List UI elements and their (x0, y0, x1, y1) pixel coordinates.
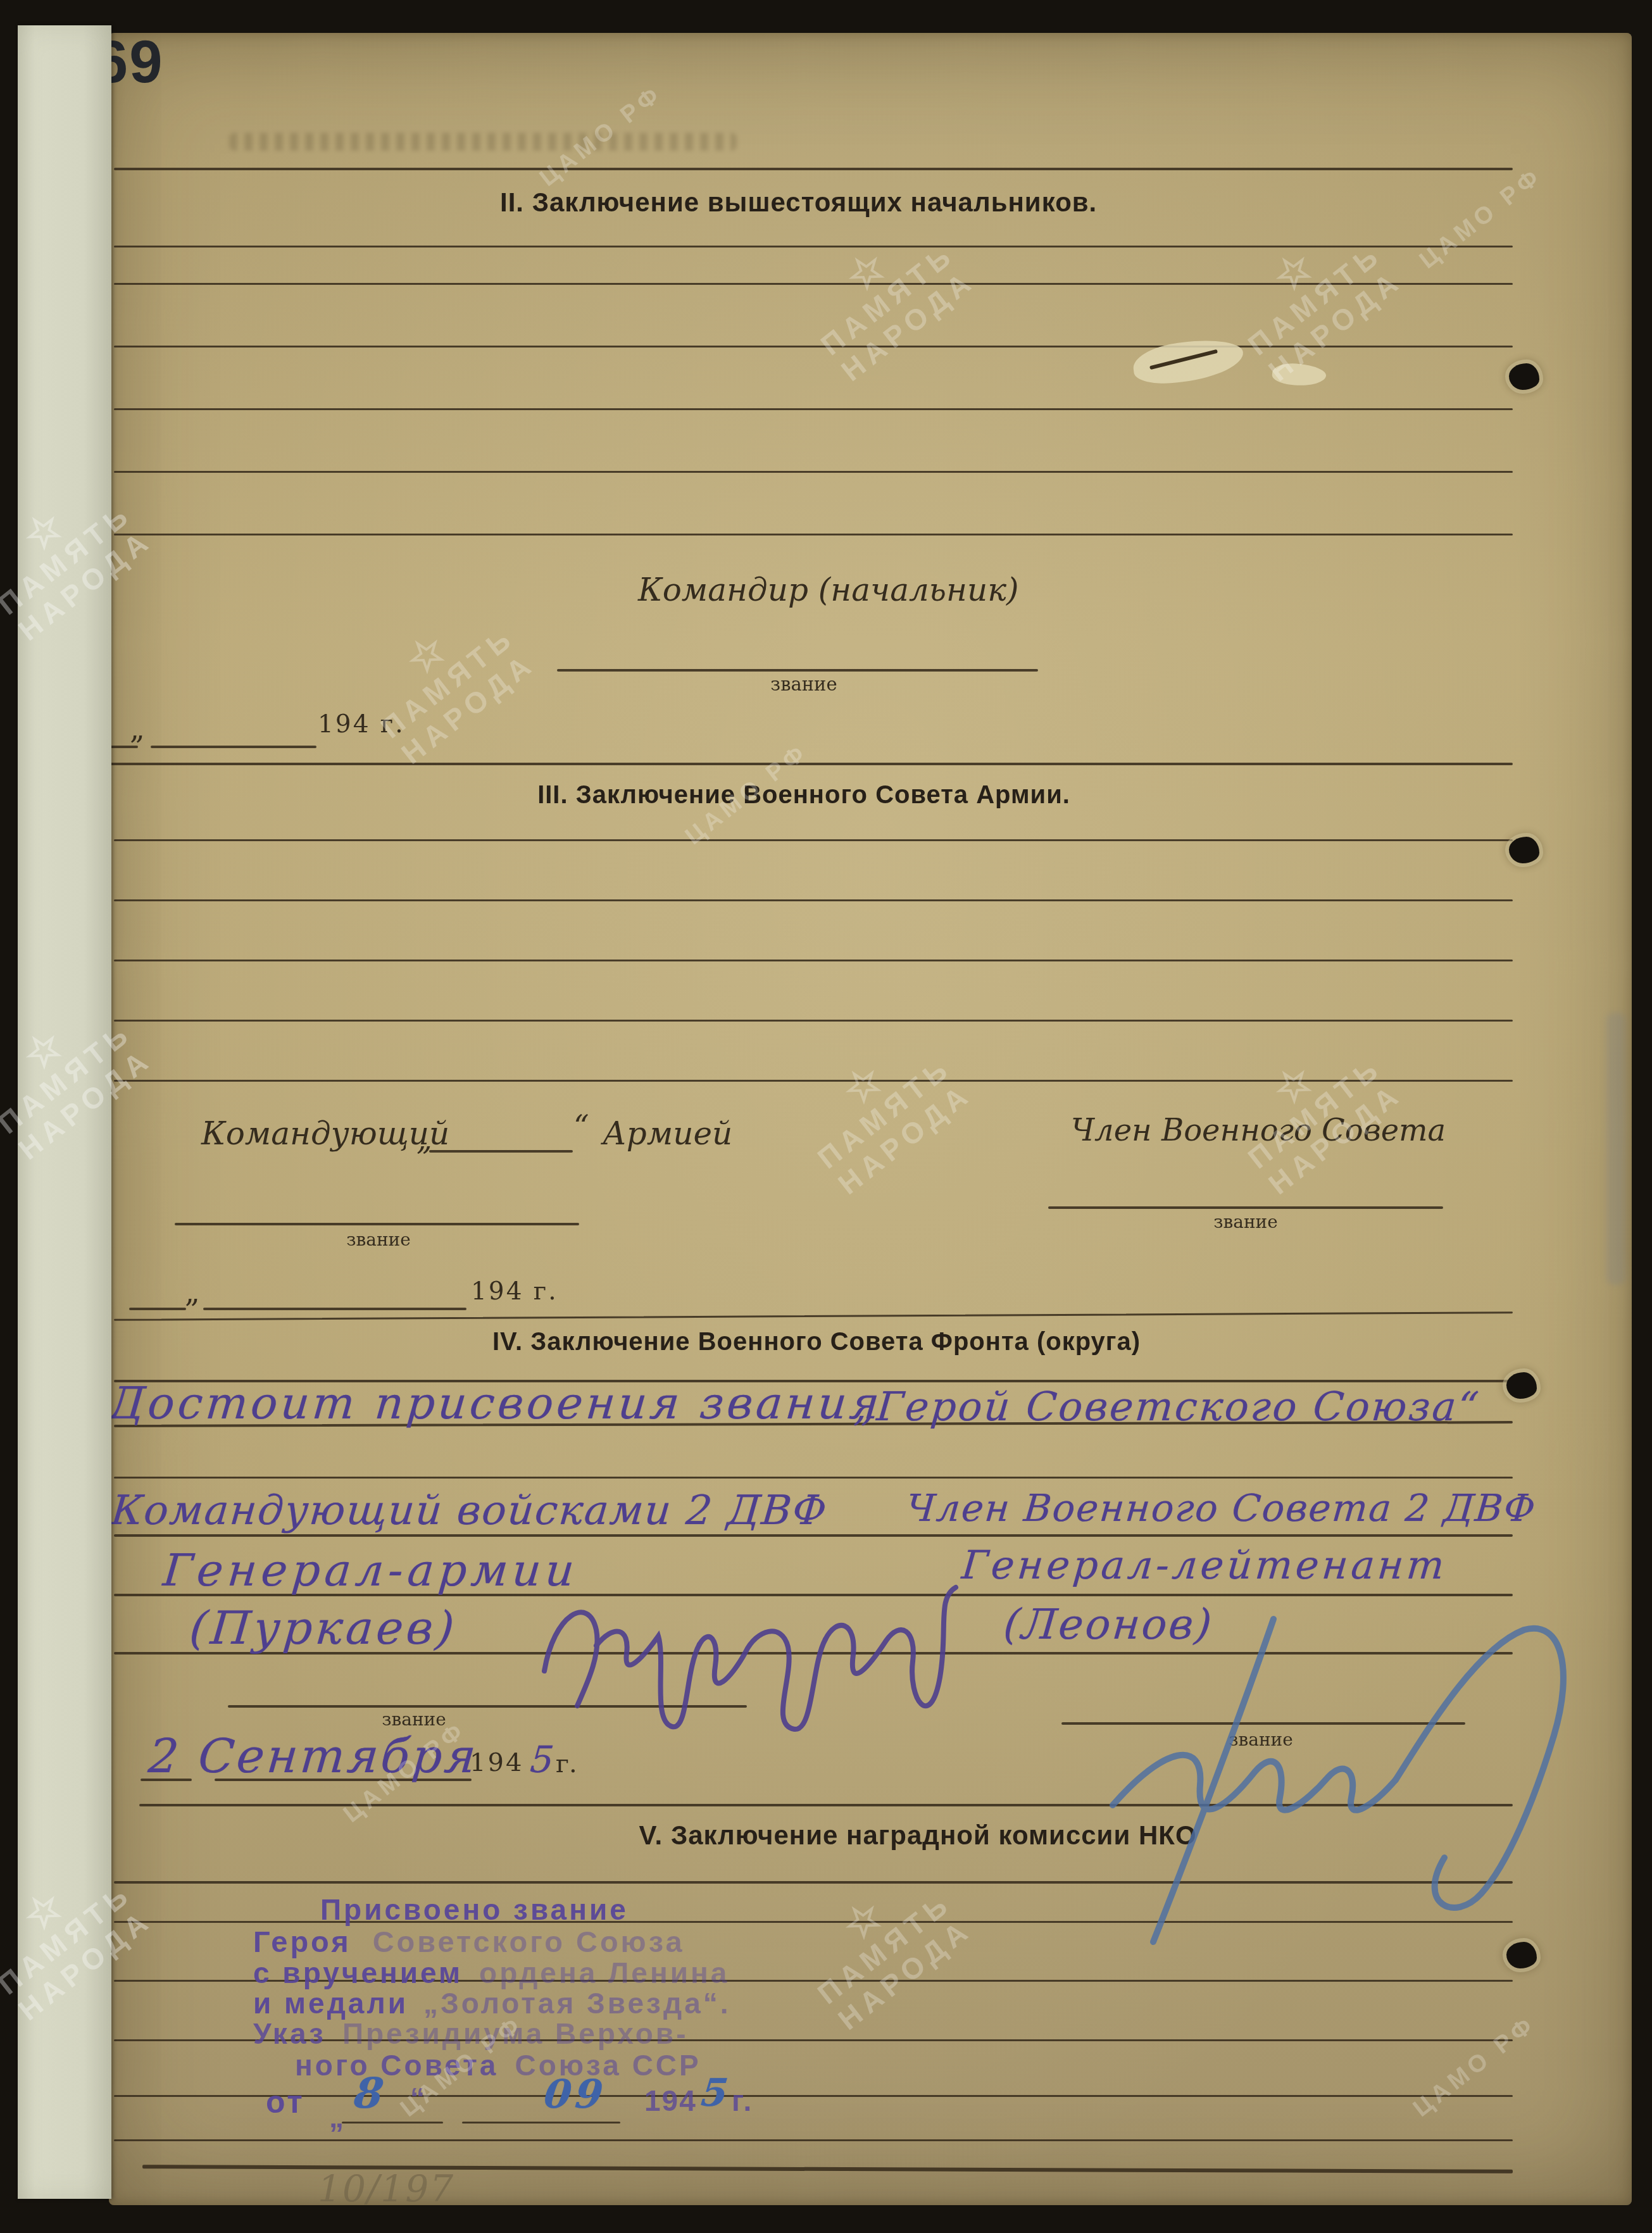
army-commander-label: Командующий (201, 1115, 449, 1152)
section-4-heading: IV. Заключение Военного Совета Фронта (о… (487, 1328, 1146, 1356)
ruled-line (114, 1477, 1513, 1479)
bleed-through-text (229, 133, 737, 151)
ruled-line (114, 408, 1513, 410)
stamp-line-order-of-lenin: с вручениемордена Ленина (253, 1956, 729, 1990)
year-suffix: г. (556, 1749, 577, 1779)
stamp-line-decree-presidium: УказПрезидиума Верхов- (253, 2017, 688, 2051)
section-3-heading: III. Заключение Военного Совета Армии. (506, 781, 1101, 810)
ruled-line (557, 669, 1038, 672)
hole-punch (1509, 363, 1539, 390)
commander-label: Командир (начальник) (638, 572, 967, 608)
ruled-line (462, 2122, 620, 2124)
handwritten-worthy-of-title: Достоит присвоения звания (106, 1377, 884, 1429)
hole-punch (1506, 1942, 1537, 1968)
handwritten-decree-month: 09 (542, 2071, 609, 2117)
stamp-year-suffix: г. (732, 2084, 754, 2118)
army-open-quote: „ (416, 1122, 432, 1157)
handwritten-council-member-position: Член Военного Совета 2 ДВФ (904, 1486, 1538, 1530)
ruled-line (342, 2122, 443, 2124)
ruled-line (114, 899, 1513, 901)
rank-caption: звание (334, 1229, 423, 1250)
ruled-line (1048, 1206, 1443, 1209)
archive-tape (18, 25, 111, 2199)
handwritten-rank-general-of-army: Генерал-армии (161, 1544, 580, 1596)
handwritten-front-commander-position: Командующий войсками 2 ДВФ (110, 1487, 830, 1534)
ruled-line (114, 534, 1513, 535)
handwritten-rank-lieutenant-general: Генерал-лейтенант (960, 1542, 1449, 1588)
date-open-quote: „ (185, 1275, 200, 1309)
date-open-quote: „ (130, 711, 145, 746)
handwritten-hero-of-soviet-union: „Герой Советского Союза“ (853, 1384, 1482, 1430)
ruled-line (108, 763, 1513, 765)
hole-punch (1506, 1372, 1537, 1399)
stamp-decree-year-printed: 194 (644, 2084, 697, 2118)
rank-caption: звание (747, 673, 861, 695)
stamp-line-hero-of-soviet-union: ГерояСоветского Союза (253, 1924, 685, 1959)
ruled-line (175, 1223, 579, 1225)
ruled-line (114, 168, 1513, 170)
ruled-line (114, 283, 1513, 285)
army-close-quote: “ (573, 1109, 589, 1144)
pencil-archive-note: 10/197 (318, 2167, 454, 2210)
ruled-line (129, 1308, 186, 1310)
stamp-line-awarded-title: Присвоено звание (320, 1892, 629, 1927)
army-label: Армией (603, 1115, 732, 1152)
stamp-open-quote: „ (329, 2100, 346, 2134)
military-council-member-label: Член Военного Совета (1071, 1113, 1413, 1148)
ruled-line (114, 471, 1513, 473)
ruled-line (114, 246, 1513, 247)
rank-caption: звание (1201, 1211, 1290, 1232)
handwritten-decree-year-digit: 5 (699, 2071, 730, 2115)
ruled-line (114, 839, 1513, 841)
ruled-line (151, 746, 316, 748)
printed-year: 194 г. (471, 1277, 558, 1306)
leonov-signature (1038, 1595, 1608, 1956)
stamp-line-gold-star-medal: и медали„Золотая Звезда“. (253, 1986, 731, 2020)
stamp-close-quote: “ (410, 2081, 427, 2115)
printed-year: 194 (470, 1748, 523, 1777)
ruled-line (429, 1150, 573, 1153)
edge-stamp-smudge (1606, 1013, 1625, 1285)
ruled-line (114, 960, 1513, 961)
stamp-from-label: от (266, 2084, 305, 2120)
rank-caption: звание (370, 1709, 458, 1730)
ruled-line (114, 1534, 1513, 1537)
ruled-line (203, 1308, 466, 1310)
ruled-line (114, 346, 1513, 347)
ruled-line (114, 2095, 1513, 2097)
ruled-line (114, 1080, 1513, 1082)
handwritten-name-purkaev: (Пуркаев) (187, 1601, 460, 1654)
printed-year: 194 г. (318, 710, 405, 739)
hole-punch (1509, 837, 1539, 863)
scanned-document: 69 II. Заключение вышестоящих начальнико… (0, 0, 1652, 2233)
section-2-heading: II. Заключение вышестоящих начальников. (500, 187, 1095, 218)
handwritten-decree-day: 8 (352, 2068, 386, 2118)
ruled-line (114, 1020, 1513, 1022)
purkaev-signature (525, 1570, 994, 1747)
handwritten-date-day-month: 2 Сентября (146, 1729, 480, 1784)
ruled-line (114, 2139, 1513, 2141)
